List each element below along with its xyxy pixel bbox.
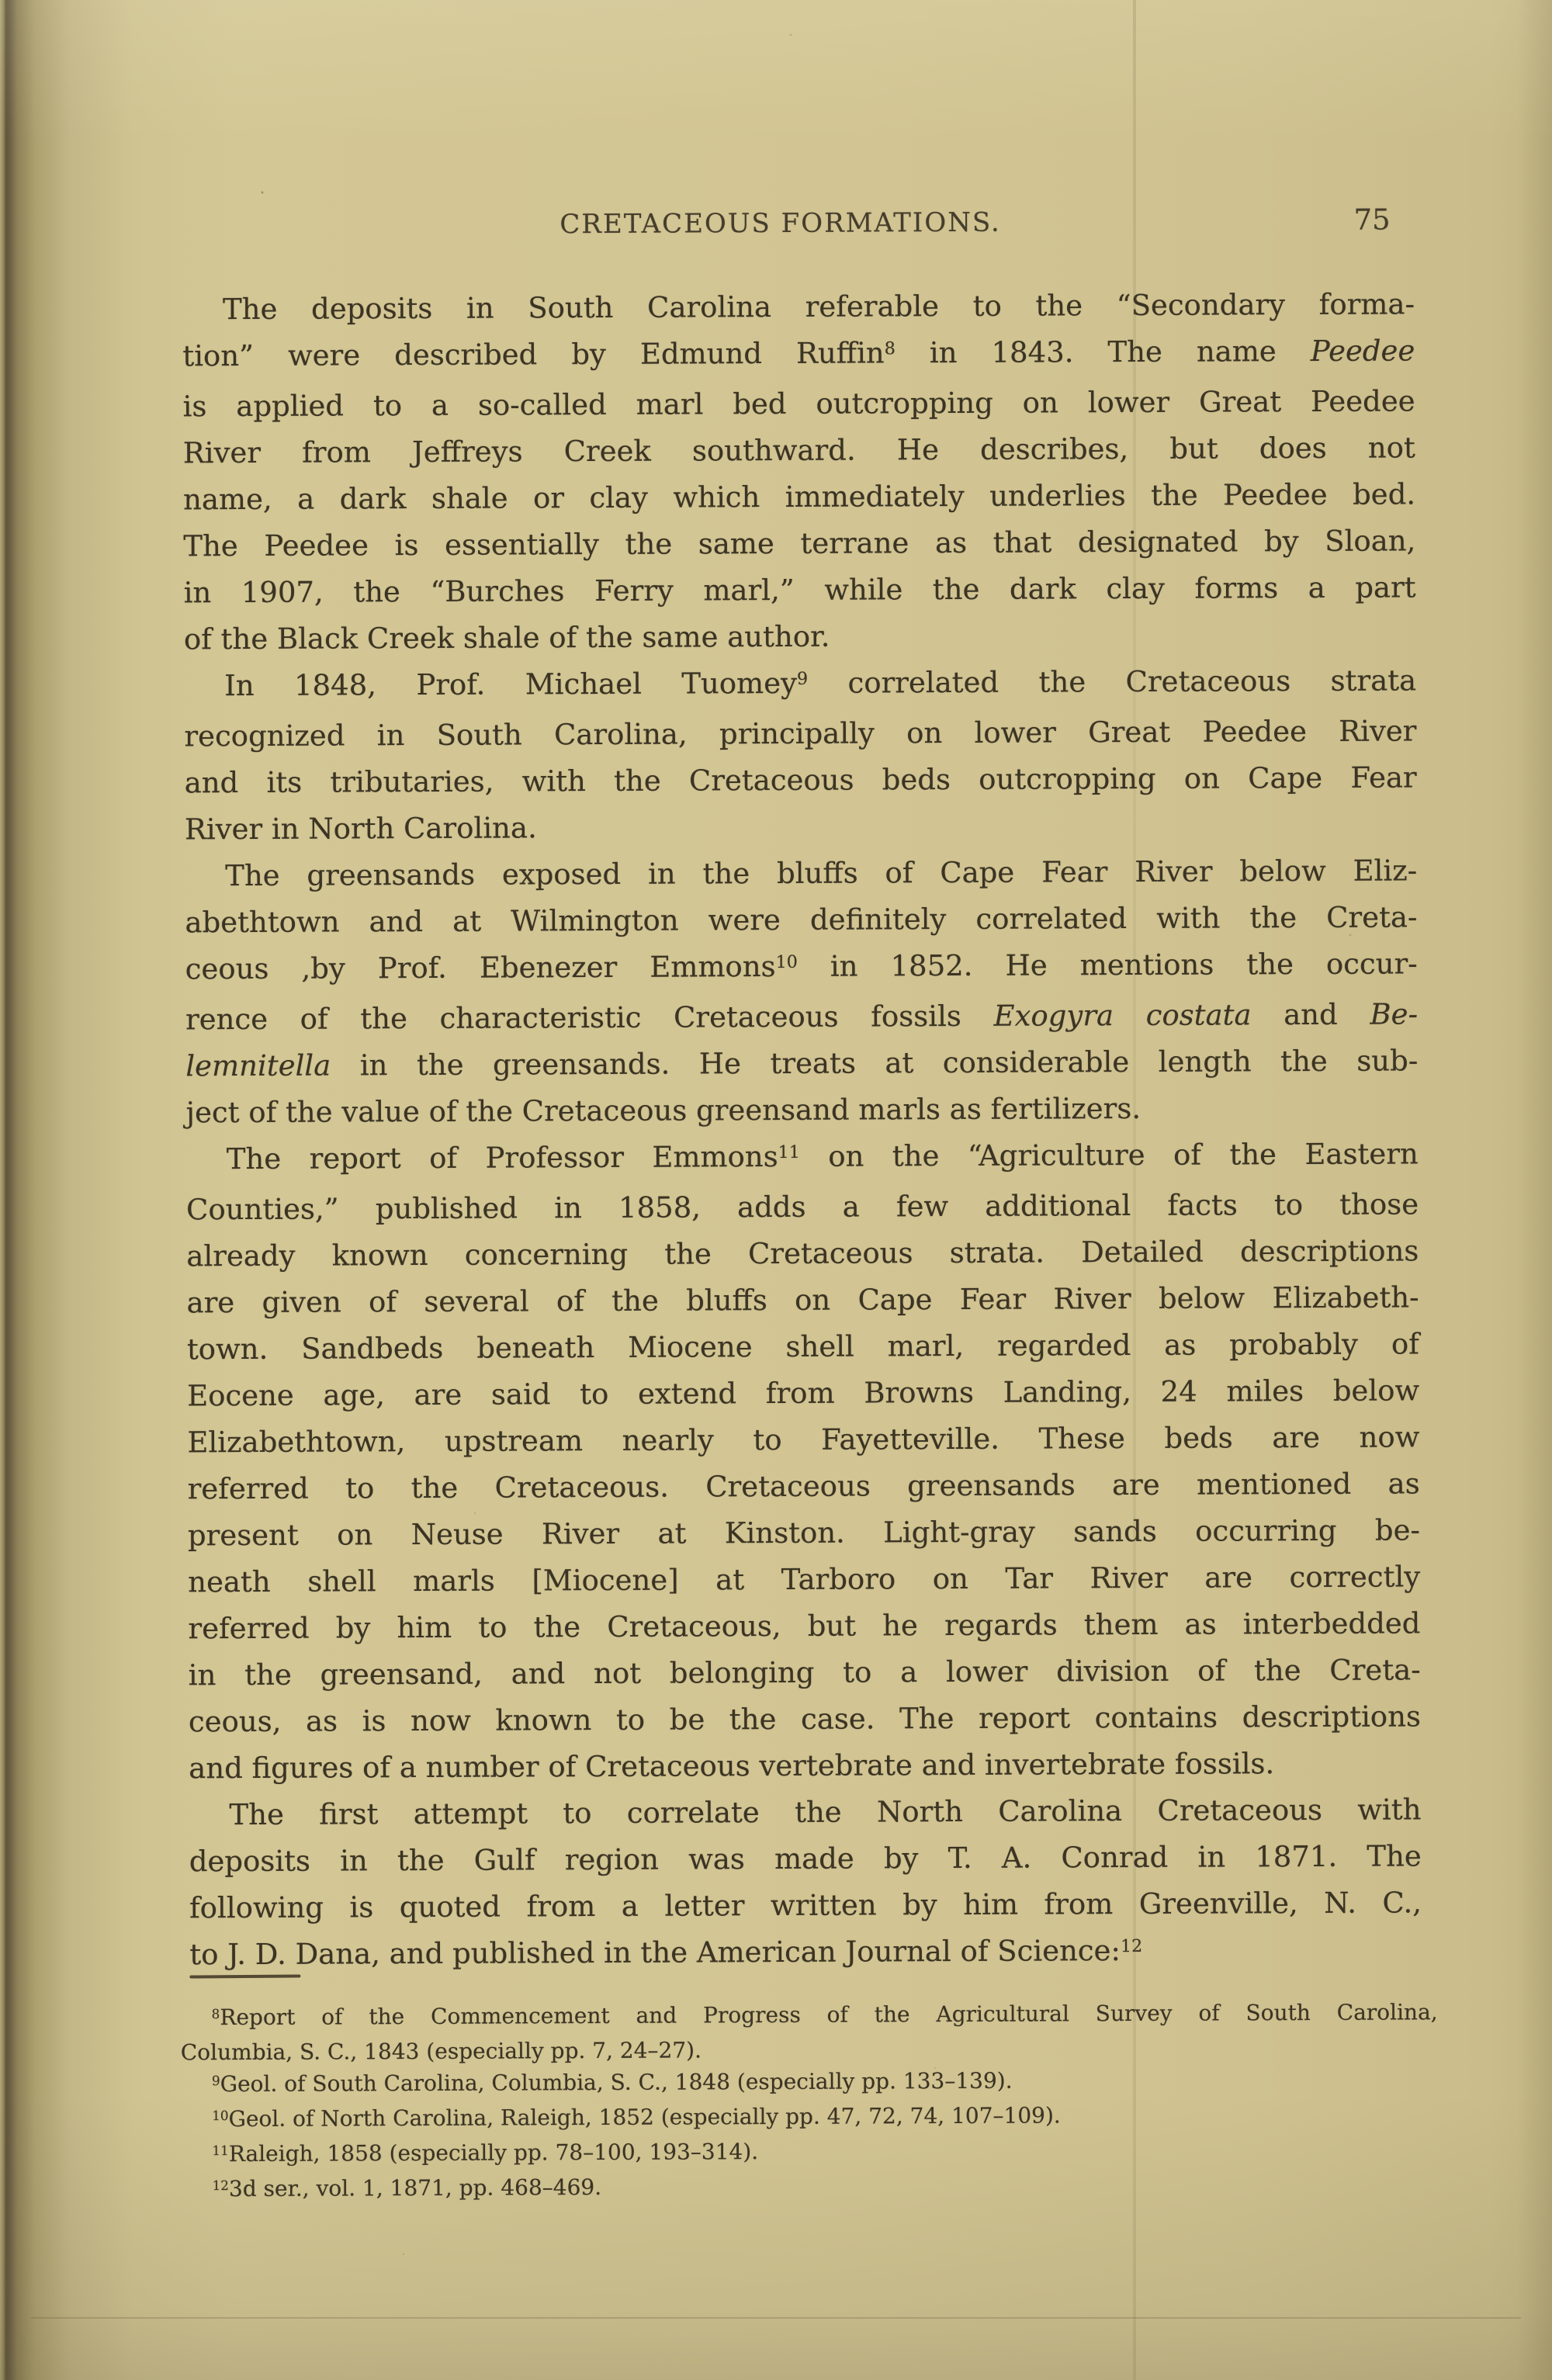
- text-segment: abethtown and at Wilmington were definit…: [185, 900, 1417, 939]
- text-line: The report of Professor Emmons11 on the …: [186, 1131, 1419, 1187]
- text-segment: Geol. of North Carolina, Raleigh, 1852 (…: [229, 2102, 1061, 2132]
- text-line: ject of the value of the Cretaceous gree…: [185, 1084, 1418, 1136]
- text-segment: The first attempt to correlate the North…: [229, 1793, 1421, 1831]
- footnote-line: 10Geol. of North Carolina, Raleigh, 1852…: [181, 2098, 1438, 2138]
- text-segment: River from Jeffreys Creek southward. He …: [183, 431, 1415, 469]
- text-segment: in the greensand, and not belonging to a…: [189, 1653, 1421, 1692]
- text-segment: in 1843. The name: [896, 334, 1311, 369]
- page-number: 75: [1353, 204, 1390, 237]
- text-line: deposits in the Gulf region was made by …: [189, 1833, 1422, 1885]
- text-line: following is quoted from a letter writte…: [189, 1879, 1422, 1931]
- text-segment: Exogyra costata: [993, 998, 1251, 1032]
- footnote-line: 8Report of the Commencement and Progress…: [181, 1996, 1438, 2036]
- text-line: in 1907, the “Burches Ferry marl,” while…: [184, 564, 1416, 616]
- text-segment: 3d ser., vol. 1, 1871, pp. 468–469.: [229, 2174, 601, 2202]
- text-segment: in 1852. He mentions the occur-: [798, 947, 1418, 982]
- paragraph: In 1848, Prof. Michael Tuomey9 correlate…: [184, 657, 1417, 853]
- text-line: The greensands exposed in the bluffs of …: [185, 847, 1417, 899]
- footnote-marker: 12: [1121, 1936, 1142, 1956]
- text-line: tion” were described by Edmund Ruffin8 i…: [182, 327, 1415, 383]
- text-line: to J. D. Dana, and published in the Amer…: [189, 1926, 1422, 1982]
- text-line: Counties,” published in 1858, adds a few…: [186, 1181, 1419, 1233]
- text-segment: is applied to a so-called marl bed outcr…: [182, 384, 1415, 423]
- text-segment: on the “Agriculture of the Eastern: [800, 1137, 1419, 1173]
- text-segment: Elizabethtown, upstream nearly to Fayett…: [187, 1420, 1419, 1459]
- text-line: abethtown and at Wilmington were definit…: [185, 894, 1417, 946]
- text-segment: Eocene age, are said to extend from Brow…: [187, 1374, 1419, 1412]
- text-segment: tion” were described by Edmund Ruffin: [182, 336, 885, 372]
- text-line: ceous ,by Prof. Ebenezer Emmons10 in 185…: [185, 941, 1418, 996]
- text-segment: following is quoted from a letter writte…: [189, 1886, 1422, 1924]
- text-segment: Columbia, S. C., 1843 (especially pp. 7,…: [181, 2037, 702, 2065]
- text-segment: The deposits in South Carolina referable…: [223, 287, 1415, 326]
- text-segment: ceous ,by Prof. Ebenezer Emmons: [185, 950, 776, 986]
- text-segment: correlated the Cretaceous strata: [808, 663, 1416, 699]
- footnote-line: 123d ser., vol. 1, 1871, pp. 468–469.: [182, 2167, 1439, 2208]
- paper-bottom-edge-line: [31, 2317, 1521, 2319]
- text-segment: Peedee: [1311, 334, 1415, 368]
- text-segment: Be-: [1370, 997, 1418, 1031]
- footnote: 11Raleigh, 1858 (especially pp. 78–100, …: [181, 2132, 1438, 2173]
- text-line: present on Neuse River at Kinston. Light…: [188, 1507, 1420, 1559]
- footnote: 8Report of the Commencement and Progress…: [181, 1996, 1438, 2068]
- text-line: River from Jeffreys Creek southward. He …: [183, 424, 1415, 476]
- footnote-marker: 10: [776, 952, 798, 972]
- text-line: and its tributaries, with the Cretaceous…: [185, 754, 1417, 806]
- footnote-marker: 10: [212, 2108, 228, 2123]
- text-segment: in 1907, the “Burches Ferry marl,” while…: [184, 570, 1416, 609]
- text-line: lemnitella in the greensands. He treats …: [185, 1038, 1418, 1090]
- body-text: The deposits in South Carolina referable…: [182, 281, 1422, 1982]
- footnote-marker: 9: [797, 669, 808, 689]
- text-segment: The report of Professor Emmons: [227, 1140, 778, 1176]
- text-segment: and figures of a number of Cretaceous ve…: [189, 1747, 1274, 1785]
- text-line: Eocene age, are said to extend from Brow…: [187, 1367, 1419, 1419]
- text-segment: referred to the Cretaceous. Cretaceous g…: [188, 1467, 1420, 1505]
- text-segment: neath shell marls [Miocene] at Tarboro o…: [188, 1560, 1420, 1599]
- text-segment: already known concerning the Cretaceous …: [186, 1234, 1419, 1273]
- text-line: Elizabethtown, upstream nearly to Fayett…: [187, 1414, 1419, 1466]
- text-segment: of the Black Creek shale of the same aut…: [184, 620, 830, 656]
- text-segment: town. Sandbeds beneath Miocene shell mar…: [187, 1327, 1419, 1366]
- text-segment: name, a dark shale or clay which immedia…: [183, 477, 1415, 516]
- text-segment: are given of several of the bluffs on Ca…: [187, 1280, 1419, 1319]
- text-segment: and: [1251, 998, 1370, 1032]
- text-line: of the Black Creek shale of the same aut…: [184, 611, 1416, 663]
- text-segment: River in North Carolina.: [185, 811, 537, 846]
- page: CRETACEOUS FORMATIONS. 75 The deposits i…: [0, 0, 1552, 2380]
- text-line: is applied to a so-called marl bed outcr…: [182, 378, 1415, 430]
- footnotes: 8Report of the Commencement and Progress…: [181, 1996, 1439, 2208]
- footnote-marker: 8: [212, 2006, 220, 2021]
- text-segment: recognized in South Carolina, principall…: [184, 714, 1416, 753]
- paragraph: The report of Professor Emmons11 on the …: [186, 1131, 1422, 1792]
- text-segment: rence of the characteristic Cretaceous f…: [185, 999, 994, 1037]
- text-segment: lemnitella: [185, 1049, 331, 1083]
- text-line: River in North Carolina.: [185, 801, 1417, 853]
- text-line: town. Sandbeds beneath Miocene shell mar…: [187, 1321, 1419, 1373]
- text-segment: ceous, as is now known to be the case. T…: [189, 1699, 1421, 1738]
- text-line: referred by him to the Cretaceous, but h…: [188, 1600, 1420, 1652]
- text-line: ceous, as is now known to be the case. T…: [189, 1693, 1421, 1745]
- text-segment: and its tributaries, with the Cretaceous…: [185, 760, 1417, 799]
- footnote-marker: 11: [212, 2143, 228, 2158]
- footnote-line: 11Raleigh, 1858 (especially pp. 78–100, …: [181, 2132, 1438, 2173]
- text-line: referred to the Cretaceous. Cretaceous g…: [188, 1460, 1420, 1512]
- text-segment: in the greensands. He treats at consider…: [331, 1044, 1418, 1082]
- text-line: rence of the characteristic Cretaceous f…: [185, 991, 1418, 1043]
- text-segment: Counties,” published in 1858, adds a few…: [186, 1187, 1419, 1226]
- text-segment: deposits in the Gulf region was made by …: [189, 1839, 1422, 1878]
- text-segment: Geol. of South Carolina, Columbia, S. C.…: [220, 2068, 1013, 2097]
- page-title: CRETACEOUS FORMATIONS.: [12, 205, 1547, 243]
- footnote-marker: 8: [885, 338, 896, 359]
- text-segment: present on Neuse River at Kinston. Light…: [188, 1513, 1420, 1552]
- footnote: 9Geol. of South Carolina, Columbia, S. C…: [181, 2063, 1438, 2103]
- text-line: in the greensand, and not belonging to a…: [189, 1647, 1421, 1699]
- text-segment: referred by him to the Cretaceous, but h…: [188, 1606, 1420, 1645]
- text-segment: In 1848, Prof. Michael Tuomey: [224, 667, 797, 702]
- text-line: The first attempt to correlate the North…: [189, 1786, 1421, 1838]
- footnote-marker: 9: [212, 2073, 220, 2088]
- text-line: The Peedee is essentially the same terra…: [183, 518, 1415, 570]
- text-line: In 1848, Prof. Michael Tuomey9 correlate…: [184, 657, 1416, 713]
- text-line: recognized in South Carolina, principall…: [184, 708, 1416, 760]
- text-segment: ject of the value of the Cretaceous gree…: [185, 1092, 1141, 1129]
- text-segment: Raleigh, 1858 (especially pp. 78–100, 19…: [229, 2139, 759, 2167]
- footnote: 123d ser., vol. 1, 1871, pp. 468–469.: [182, 2167, 1439, 2208]
- paragraph: The greensands exposed in the bluffs of …: [185, 847, 1419, 1136]
- footnote-marker: 12: [213, 2177, 229, 2193]
- text-segment: Report of the Commencement and Progress …: [220, 1999, 1437, 2030]
- footnote: 10Geol. of North Carolina, Raleigh, 1852…: [181, 2098, 1438, 2138]
- text-segment: to J. D. Dana, and published in the Amer…: [189, 1934, 1121, 1971]
- paragraph: The deposits in South Carolina referable…: [182, 281, 1416, 663]
- text-line: are given of several of the bluffs on Ca…: [186, 1274, 1419, 1326]
- page-sheet: CRETACEOUS FORMATIONS. 75 The deposits i…: [0, 0, 1552, 2380]
- paragraph: The first attempt to correlate the North…: [189, 1786, 1422, 1982]
- footnote-line: 9Geol. of South Carolina, Columbia, S. C…: [181, 2063, 1438, 2103]
- text-segment: The Peedee is essentially the same terra…: [183, 524, 1415, 563]
- text-line: and figures of a number of Cretaceous ve…: [189, 1740, 1421, 1792]
- text-line: neath shell marls [Miocene] at Tarboro o…: [188, 1554, 1420, 1606]
- footnote-line: Columbia, S. C., 1843 (especially pp. 7,…: [181, 2031, 1438, 2068]
- text-line: name, a dark shale or clay which immedia…: [183, 471, 1415, 523]
- text-line: already known concerning the Cretaceous …: [186, 1228, 1419, 1280]
- text-segment: The greensands exposed in the bluffs of …: [225, 854, 1417, 892]
- text-line: The deposits in South Carolina referable…: [182, 281, 1415, 333]
- footnote-marker: 11: [778, 1142, 800, 1162]
